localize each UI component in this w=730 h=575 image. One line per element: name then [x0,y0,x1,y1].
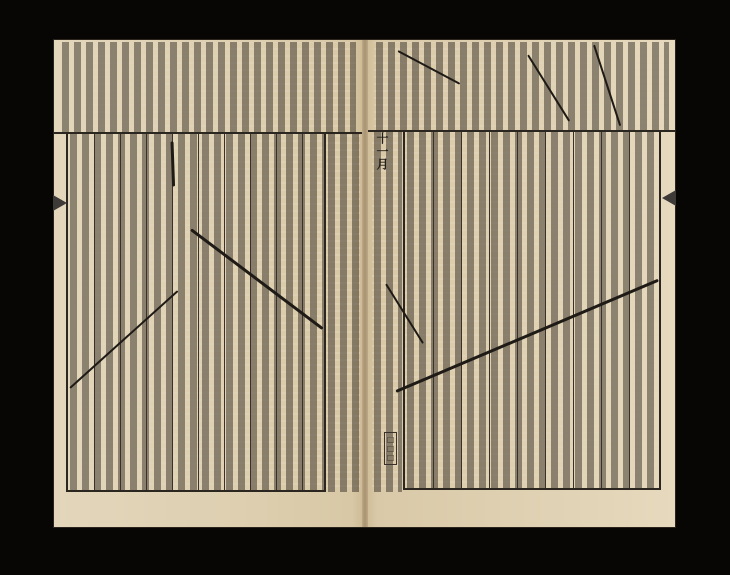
column-rule [629,132,630,488]
column-rule [573,132,574,488]
column-rule [517,132,518,488]
inner-margin-text [326,132,360,492]
left-upper-text [60,42,356,132]
gutter-heading: 十一月 [374,132,391,171]
column-rule [601,132,602,488]
left-margin-tab-icon [53,195,67,211]
left-text-frame [66,132,326,492]
right-main-text [405,132,659,488]
column-rule [461,132,462,488]
left-upper-text-band [60,42,356,132]
left-page [54,40,362,527]
column-rule [172,134,173,490]
column-rule [120,134,121,490]
right-page: 十一月 □□□ [368,40,675,527]
column-rule [198,134,199,490]
book-spread: 十一月 □□□ [54,40,675,527]
column-rule [224,134,225,490]
right-text-frame [403,130,661,490]
right-upper-text [374,42,669,132]
column-rule [250,134,251,490]
right-margin-tab-icon [662,190,676,206]
column-rule [146,134,147,490]
column-rule [433,132,434,488]
left-inner-margin-text [326,132,360,492]
column-rule [94,134,95,490]
gutter-box-label: □□□ [384,432,397,465]
left-main-text [68,134,324,490]
column-rule [545,132,546,488]
column-rule [276,134,277,490]
column-rule [489,132,490,488]
right-upper-text-band [374,42,669,132]
